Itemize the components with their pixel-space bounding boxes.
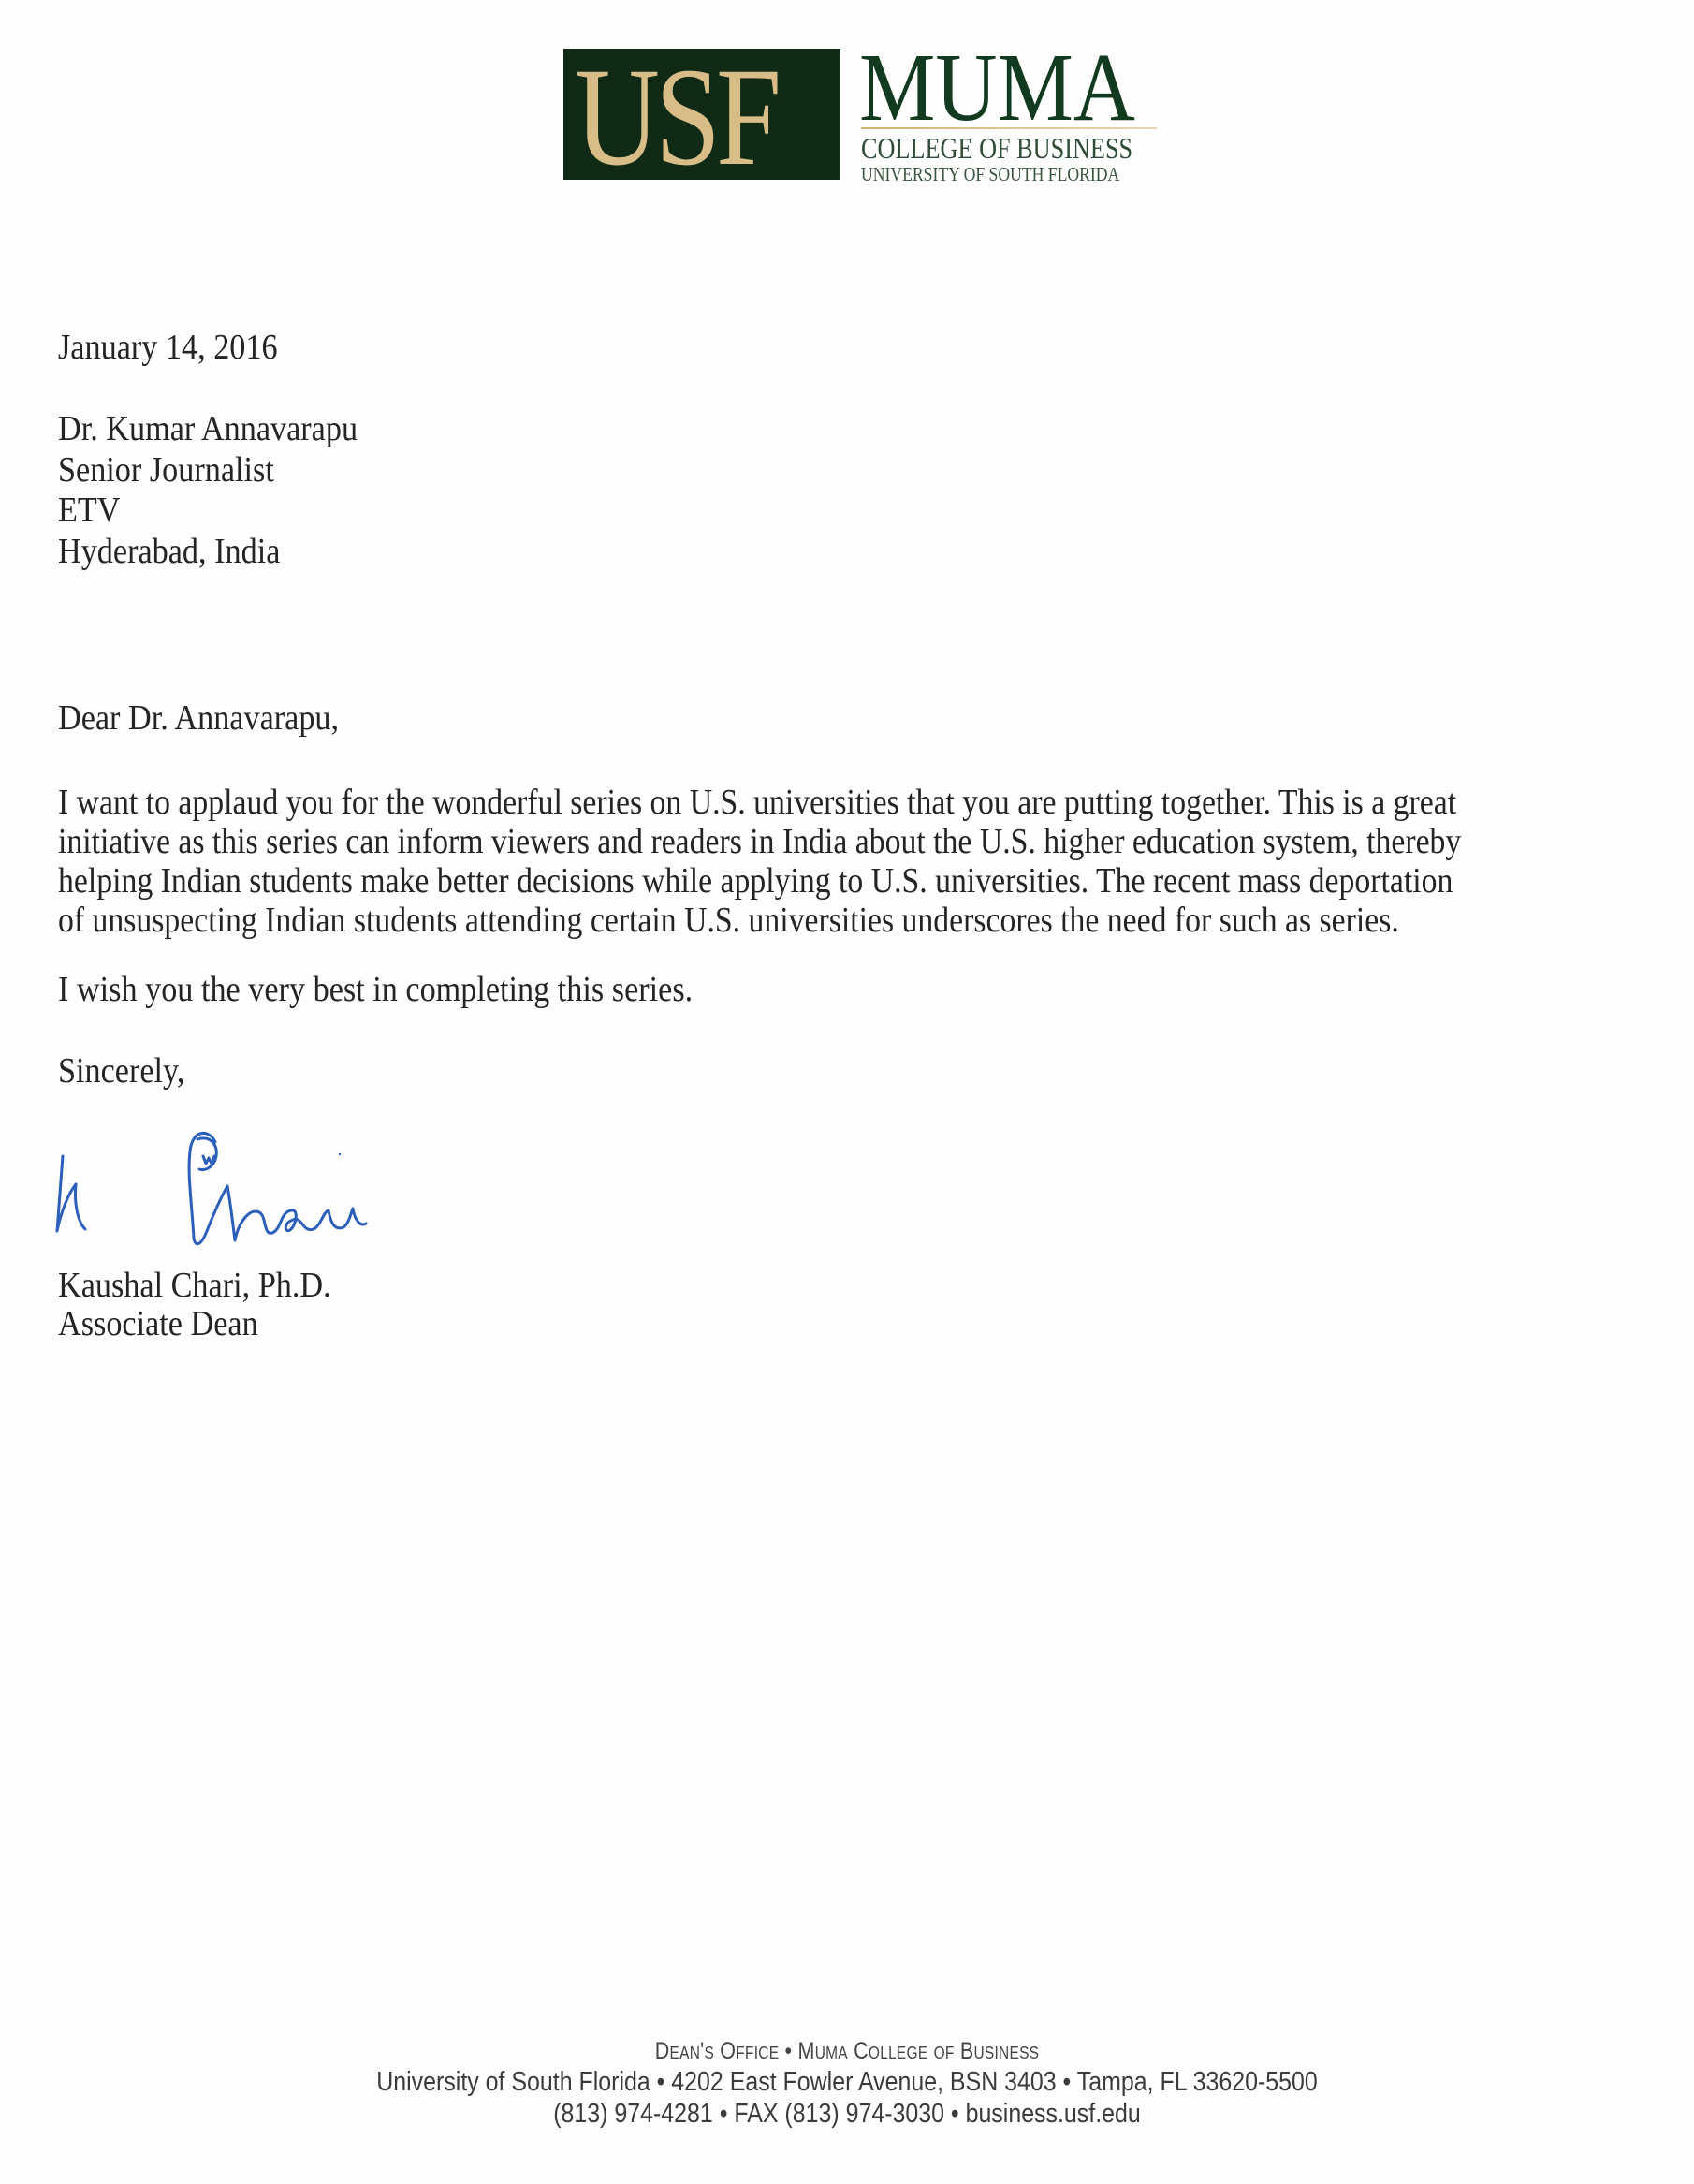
signer-name: Kaushal Chari, Ph.D.	[58, 1267, 331, 1305]
recipient-organization: ETV	[58, 491, 358, 532]
footer-office: Dean's Office • Muma College of Business	[119, 2036, 1576, 2066]
usf-logo-box: USF	[563, 49, 840, 180]
body-paragraph: I want to applaud you for the wonderful …	[58, 783, 1461, 940]
footer-contact: (813) 974-4281 • FAX (813) 974-3030 • bu…	[119, 2098, 1576, 2130]
signer-title: Associate Dean	[58, 1305, 331, 1343]
body-line: helping Indian students make better deci…	[58, 861, 1461, 901]
signer-block: Kaushal Chari, Ph.D. Associate Dean	[58, 1267, 331, 1343]
body-line: I want to applaud you for the wonderful …	[58, 783, 1461, 822]
usf-muma-logo: USF MUMA COLLEGE OF BUSINESS UNIVERSITY …	[563, 47, 1162, 187]
letter-date: January 14, 2016	[58, 328, 278, 368]
handwritten-signature	[51, 1119, 374, 1254]
footer-address: University of South Florida • 4202 East …	[119, 2066, 1576, 2098]
sign-off: Sincerely,	[58, 1051, 184, 1092]
recipient-title: Senior Journalist	[58, 450, 358, 491]
signature-ink	[51, 1119, 374, 1254]
logo-divider-rule	[861, 127, 1157, 129]
recipient-address-block: Dr. Kumar Annavarapu Senior Journalist E…	[58, 409, 358, 572]
muma-wordmark: MUMA	[859, 39, 1135, 137]
university-name: UNIVERSITY OF SOUTH FLORIDA	[861, 165, 1119, 184]
college-name: COLLEGE OF BUSINESS	[861, 133, 1132, 163]
recipient-name: Dr. Kumar Annavarapu	[58, 409, 358, 450]
letterhead-footer: Dean's Office • Muma College of Business…	[0, 2036, 1694, 2130]
body-line: initiative as this series can inform vie…	[58, 822, 1461, 861]
body-line: of unsuspecting Indian students attendin…	[58, 901, 1461, 940]
recipient-location: Hyderabad, India	[58, 532, 358, 573]
closing-paragraph: I wish you the very best in completing t…	[58, 970, 693, 1010]
salutation: Dear Dr. Annavarapu,	[58, 698, 339, 739]
usf-logo-mark: USF	[575, 52, 777, 180]
